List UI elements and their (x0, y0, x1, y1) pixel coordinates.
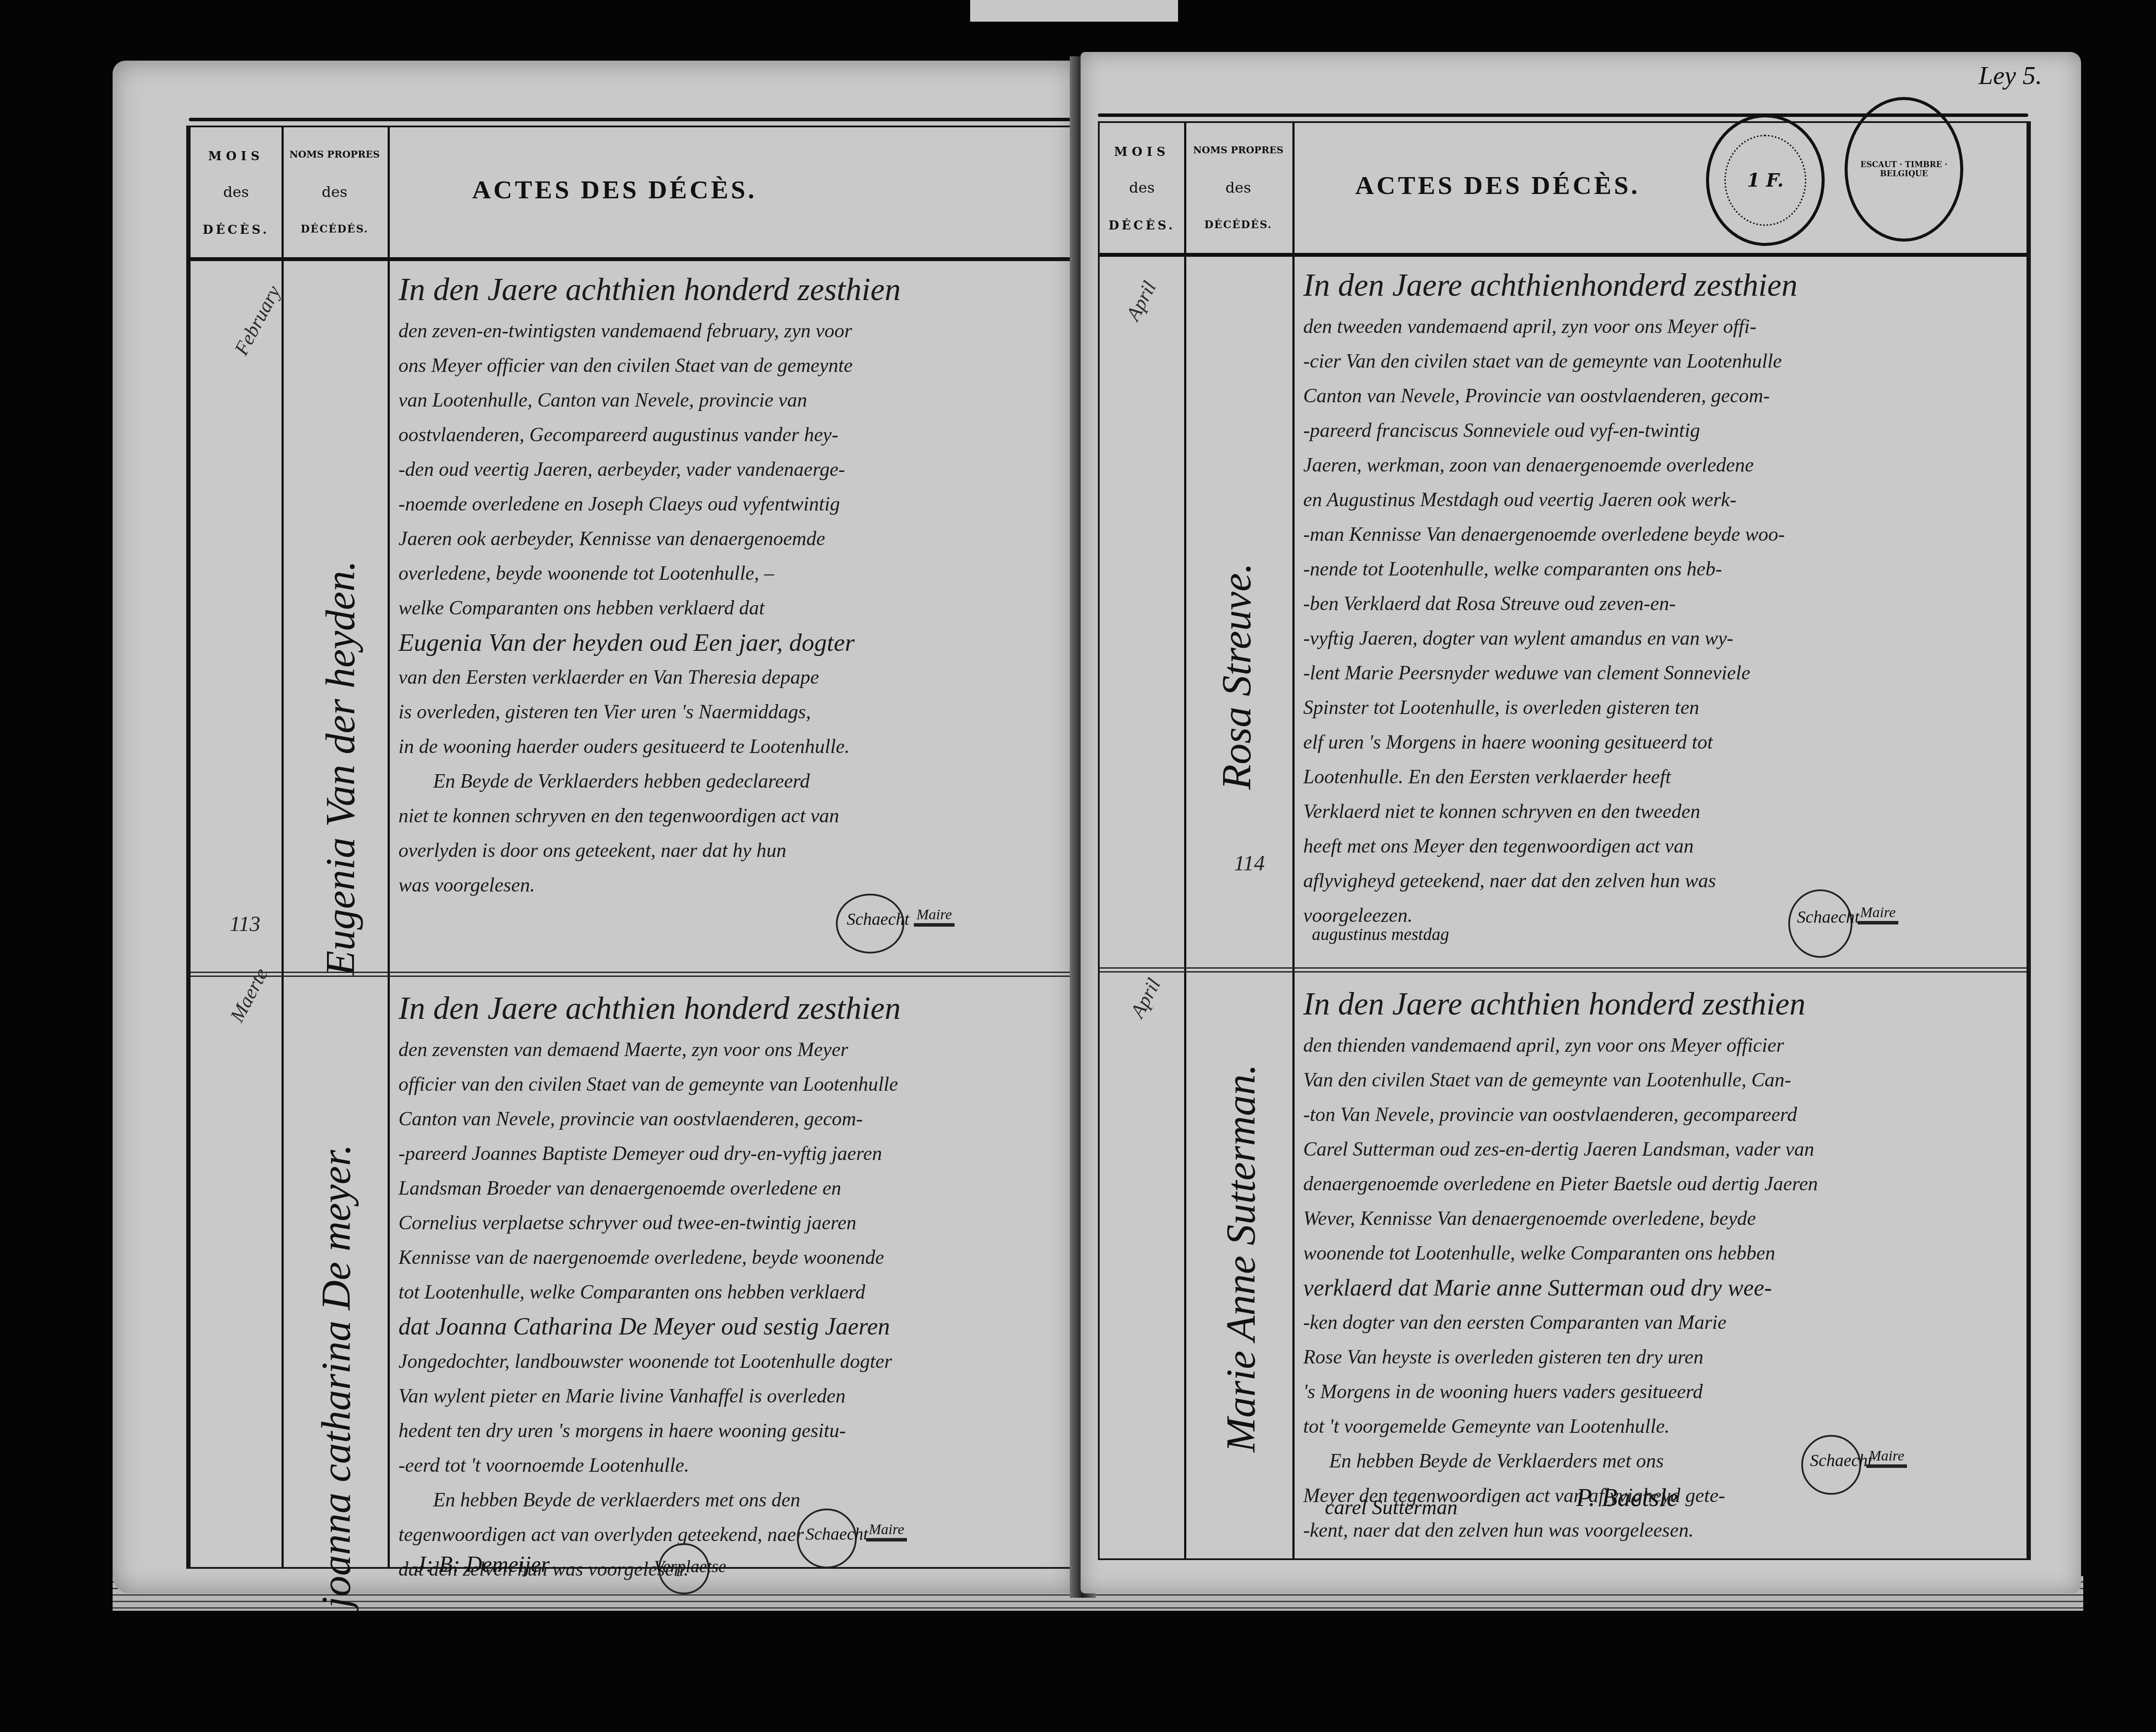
record-line: Kennisse van de naergenoemde overledene,… (398, 1240, 1070, 1275)
header-names-line2: des (1184, 179, 1292, 197)
record-line: woonende tot Lootenhulle, welke Comparan… (1303, 1236, 2018, 1270)
record-line: Wever, Kennisse Van denaergenoemde overl… (1303, 1201, 2018, 1236)
record-line: Jongedochter, landbouwster woonende tot … (398, 1344, 1070, 1379)
mayor-title: Maire (1858, 905, 1898, 924)
record-line: is overleden, gisteren ten Vier uren 's … (398, 695, 1070, 729)
header-col-month: MOIS des DÉCÈS. (191, 127, 284, 257)
record-line: ons Meyer officier van den civilen Staet… (398, 348, 1070, 383)
record-line: In den Jaere achthien honderd zesthien (398, 985, 1070, 1032)
deceased-name-vertical: Rosa Streuve. (1212, 563, 1260, 790)
record-line: -den oud veertig Jaeren, aerbeyder, vade… (398, 452, 1070, 487)
mayor-signature: Schaecht (806, 1524, 868, 1544)
record-line: Cornelius verplaetse schryver oud twee-e… (398, 1205, 1070, 1240)
mayor-title: Maire (1866, 1448, 1907, 1468)
entry-month: April (1121, 278, 1161, 324)
record-line: overledene, beyde woonende tot Lootenhul… (398, 556, 1070, 591)
right-page: Ley 5. MOIS des DÉCÈS. NOMS PROPRES des … (1081, 52, 2081, 1593)
record-line: en Augustinus Mestdagh oud veertig Jaere… (1303, 482, 2018, 517)
record-line: Jaeren, werkman, zoon van denaergenoemde… (1303, 448, 2018, 482)
header-names-line1: NOMS PROPRES (1184, 145, 1292, 156)
record-line: aflyvigheyd geteekend, naer dat den zelv… (1303, 863, 2018, 898)
record-line: In den Jaere achthienhonderd zesthien (1303, 262, 2018, 309)
record-line: En Beyde de Verklaerders hebben gedeclar… (398, 764, 1070, 798)
header-month-line1: MOIS (1100, 145, 1184, 159)
record-line: heeft met ons Meyer den tegenwoordigen a… (1303, 829, 2018, 863)
header-col-month: MOIS des DÉCÈS. (1100, 123, 1186, 253)
record-line: den zevensten van demaend Maerte, zyn vo… (398, 1032, 1070, 1067)
death-record-113: February 113 Eugenia Van der heyden. In … (191, 262, 1074, 972)
record-line: den tweeden vandemaend april, zyn voor o… (1303, 309, 2018, 344)
entry-number: 113 (230, 911, 260, 936)
record-line: -ken dogter van den eersten Comparanten … (1303, 1305, 2018, 1340)
stamp-center-value: 1 F. (1724, 135, 1806, 226)
mayor-signature: Schaecht (1810, 1450, 1872, 1470)
page-title: ACTES DES DÉCÈS. (1355, 171, 1640, 200)
record-line: verklaerd dat Marie anne Sutterman oud d… (1303, 1270, 2018, 1305)
record-line: niet te konnen schryven en den tegenwoor… (398, 798, 1070, 833)
record-line: -pareerd Joannes Baptiste Demeyer oud dr… (398, 1136, 1070, 1171)
entry-divider (1100, 967, 2027, 973)
deceased-name-vertical: Marie Anne Sutterman. (1217, 1064, 1265, 1452)
record-line: overlyden is door ons geteekent, naer da… (398, 833, 1070, 868)
record-line: -nende tot Lootenhulle, welke comparante… (1303, 552, 2018, 586)
record-line: Canton van Nevele, Provincie van oostvla… (1303, 378, 2018, 413)
record-line: Jaeren ook aerbeyder, Kennisse van denae… (398, 521, 1070, 556)
record-line: oostvlaenderen, Gecompareerd augustinus … (398, 417, 1070, 452)
header-col-names: NOMS PROPRES des DÉCÉDÉS. (1184, 123, 1295, 253)
record-line: elf uren 's Morgens in haere wooning ges… (1303, 725, 2018, 759)
record-line: van den Eersten verklaerder en Van There… (398, 660, 1070, 695)
death-record-sutterman: April Marie Anne Sutterman. In den Jaere… (1100, 976, 2027, 1556)
record-line: -man Kennisse Van denaergenoemde overled… (1303, 517, 2018, 552)
record-line: Eugenia Van der heyden oud Een jaer, dog… (398, 625, 1070, 660)
witness-signature-2: P. Baetsle (1576, 1483, 1678, 1512)
record-line: Canton van Nevele, provincie van oostvla… (398, 1102, 1070, 1136)
record-line: 's Morgens in de wooning huers vaders ge… (1303, 1374, 2018, 1409)
stamp-belgique-escaut: ESCAUT · TIMBRE · BELGIQUE (1845, 97, 1963, 242)
record-line: -cier Van den civilen staet van de gemey… (1303, 344, 2018, 378)
header-month-line3: DÉCÈS. (1100, 218, 1184, 233)
ledger-frame-right: MOIS des DÉCÈS. NOMS PROPRES des DÉCÉDÉS… (1098, 121, 2031, 1560)
entry-month: April (1126, 975, 1165, 1021)
page-title: ACTES DES DÉCÈS. (472, 175, 757, 205)
record-line: -ben Verklaerd dat Rosa Streuve oud zeve… (1303, 586, 2018, 621)
record-line: was voorgelesen. (398, 868, 1070, 902)
record-line: Van den civilen Staet van de gemeynte va… (1303, 1063, 2018, 1097)
record-line: denaergenoemde overledene en Pieter Baet… (1303, 1167, 2018, 1201)
record-line: in de wooning haerder ouders gesitueerd … (398, 729, 1070, 764)
record-line: welke Comparanten ons hebben verklaerd d… (398, 591, 1070, 625)
record-line: -vyftig Jaeren, dogter van wylent amandu… (1303, 621, 2018, 656)
record-text: In den Jaere achthien honderd zesthien d… (398, 266, 1070, 902)
mayor-title: Maire (914, 907, 955, 927)
header-names-line1: NOMS PROPRES (282, 149, 388, 160)
stamp-timbre-extraordinaire: 1 F. (1706, 114, 1825, 246)
record-line: Rose Van heyste is overleden gisteren te… (1303, 1340, 2018, 1374)
header-names-line3: DÉCÉDÉS. (1184, 218, 1292, 231)
record-line: -eerd tot 't voornoemde Lootenhulle. (398, 1448, 1070, 1483)
record-line: Verklaerd niet te konnen schryven en den… (1303, 794, 2018, 829)
record-line: den thienden vandemaend april, zyn voor … (1303, 1028, 2018, 1063)
record-line: officier van den civilen Staet van de ge… (398, 1067, 1070, 1102)
header-month-line1: MOIS (191, 149, 282, 163)
header-col-names: NOMS PROPRES des DÉCÉDÉS. (282, 127, 390, 257)
record-line: Lootenhulle. En den Eersten verklaerder … (1303, 759, 2018, 794)
record-line: hedent ten dry uren 's morgens in haere … (398, 1413, 1070, 1448)
record-line: Spinster tot Lootenhulle, is overleden g… (1303, 690, 2018, 725)
record-line: Landsman Broeder van denaergenoemde over… (398, 1171, 1070, 1205)
header-month-line2: des (191, 184, 282, 201)
folio-number: Ley 5. (1978, 61, 2042, 90)
entry-month: February (230, 282, 285, 359)
entry-number: 114 (1234, 850, 1265, 876)
record-line: En hebben Beyde de Verklaerders met ons (1303, 1444, 2018, 1478)
death-record-demeyer: Maerte joanna catharina De meyer. In den… (191, 980, 1074, 1565)
stamp-label: ESCAUT · TIMBRE · BELGIQUE (1848, 160, 1960, 178)
deceased-name-vertical: Eugenia Van der heyden. (316, 560, 364, 976)
record-line: -ton Van Nevele, provincie van oostvlaen… (1303, 1097, 2018, 1132)
record-line: -noemde overledene en Joseph Claeys oud … (398, 487, 1070, 521)
table-header: MOIS des DÉCÈS. NOMS PROPRES des DÉCÉDÉS… (1100, 123, 2027, 257)
record-line: van Lootenhulle, Canton van Nevele, prov… (398, 383, 1070, 417)
record-text: In den Jaere achthien honderd zesthien d… (398, 985, 1070, 1587)
record-line: tot Lootenhulle, welke Comparanten ons h… (398, 1275, 1070, 1309)
witness-signature-2: Verplaetse (654, 1556, 726, 1577)
mayor-signature: Schaecht (847, 909, 909, 929)
record-line: tot 't voorgemelde Gemeynte van Lootenhu… (1303, 1409, 2018, 1444)
header-month-line3: DÉCÈS. (191, 223, 282, 237)
entry-divider (191, 972, 1074, 977)
top-rule (189, 118, 1076, 121)
record-line: En hebben Beyde de verklaerders met ons … (398, 1483, 1070, 1517)
left-page: MOIS des DÉCÈS. NOMS PROPRES des DÉCÉDÉS… (113, 61, 1076, 1593)
table-header: MOIS des DÉCÈS. NOMS PROPRES des DÉCÉDÉS… (191, 127, 1074, 261)
witness-signature-1: augustinus mestdag (1312, 924, 1449, 944)
record-line: Carel Sutterman oud zes-en-dertig Jaeren… (1303, 1132, 2018, 1167)
death-record-114: April 114 Rosa Streuve. In den Jaere ach… (1100, 257, 2027, 967)
record-line: dat Joanna Catharina De Meyer oud sestig… (398, 1309, 1070, 1344)
record-line: -pareerd franciscus Sonneviele oud vyf-e… (1303, 413, 2018, 448)
record-text: In den Jaere achthienhonderd zesthien de… (1303, 262, 2018, 933)
header-names-line2: des (282, 184, 388, 201)
record-line: In den Jaere achthien honderd zesthien (1303, 980, 2018, 1028)
witness-signature-1: J: B: Demeijer (416, 1552, 550, 1577)
record-line: Van wylent pieter en Marie livine Vanhaf… (398, 1379, 1070, 1413)
mayor-signature: Schaecht (1797, 907, 1859, 927)
record-line: -lent Marie Peersnyder weduwe van clemen… (1303, 656, 2018, 690)
mayor-title: Maire (866, 1522, 907, 1541)
ledger-frame-left: MOIS des DÉCÈS. NOMS PROPRES des DÉCÉDÉS… (186, 126, 1076, 1569)
record-line: tegenwoordigen act van overlyden geteeke… (398, 1517, 1070, 1552)
witness-signature-1: carel Sutterman (1325, 1496, 1457, 1519)
record-line: den zeven-en-twintigsten vandemaend febr… (398, 313, 1070, 348)
record-line: In den Jaere achthien honderd zesthien (398, 266, 1070, 313)
header-names-line3: DÉCÉDÉS. (282, 223, 388, 235)
header-month-line2: des (1100, 179, 1184, 197)
deceased-name-vertical: joanna catharina De meyer. (312, 1144, 360, 1608)
record-text: In den Jaere achthien honderd zesthien d… (1303, 980, 2018, 1548)
top-edge-strip (970, 0, 1178, 22)
